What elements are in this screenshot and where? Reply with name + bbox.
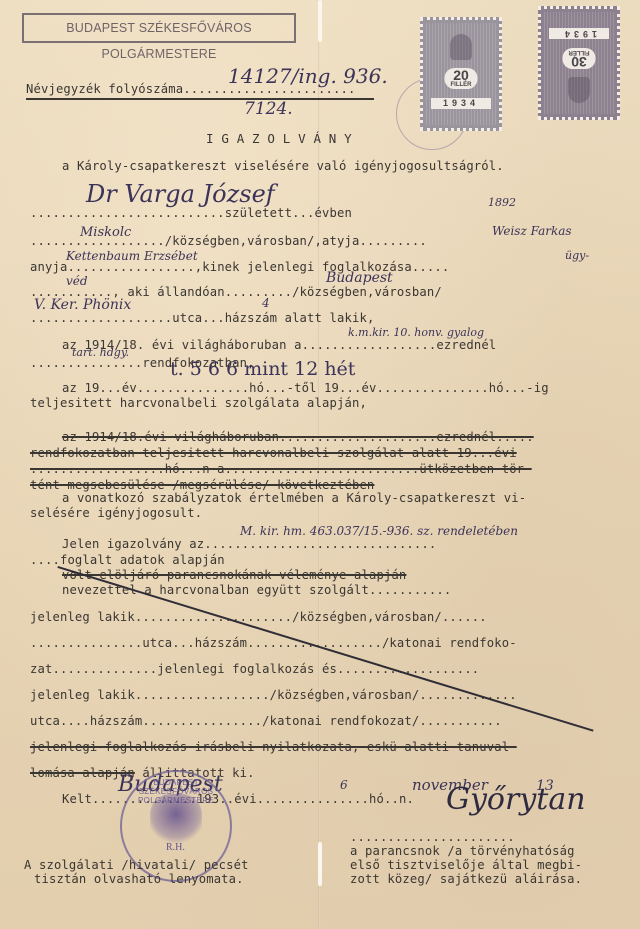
street-line-1: ...............utca...házszám...........…	[30, 636, 517, 650]
document-subtitle: a Károly-csapatkereszt viselésére való i…	[62, 159, 504, 173]
mother-name: Kettenbaum Erzsébet	[66, 249, 198, 263]
street-name: V. Ker. Phönix	[34, 297, 131, 313]
struck-line-3: ..................hó...n a..............…	[30, 462, 532, 476]
seal-caption-1: A szolgálati /hivatali/ pecsét	[24, 858, 249, 872]
service-note: t. 5 6 6 mint 12 hét	[170, 358, 355, 380]
street-line-2: utca....házszám................/katonai …	[30, 714, 502, 728]
struck-line-1: az 1914/18.évi világháboruban...........…	[62, 430, 534, 444]
house-number: 4	[262, 296, 270, 310]
basis-suffix: ....foglalt adatok alapján	[30, 553, 225, 567]
struck-statement-1: jelenlegi foglalkozás irásbeli nyilatkoz…	[30, 740, 517, 754]
fee-stamp-value: 20FILLÉR	[445, 68, 478, 89]
lives-line-1: jelenleg lakik...................../közs…	[30, 610, 487, 624]
entitlement-line-1: a vonatkozó szabályzatok értelmében a Ká…	[62, 491, 526, 505]
period-line: az 19...év...............hó...-től 19...…	[62, 381, 549, 395]
rank-value: tart. hdgy.	[72, 346, 129, 359]
regiment-name: k.m.kir. 10. honv. gyalog	[348, 326, 484, 339]
struck-line-4: tént megsebesülése /megsérülése/ követke…	[30, 478, 374, 492]
fee-stamp-20: 20FILLÉR 1934	[420, 17, 502, 131]
father-name: Weisz Farkas	[492, 224, 572, 238]
basis-line: Jelen igazolvány az.....................…	[62, 537, 436, 551]
coat-of-arms-icon	[150, 794, 202, 844]
fee-stamp-30: 30FILLÉR 1934	[538, 6, 620, 120]
service-basis: teljesitett harcvonalbeli szolgálata ala…	[30, 396, 367, 410]
date-line: Kelt..............193..évi..............…	[62, 792, 414, 806]
crest-icon	[568, 77, 590, 103]
registry-sub-number: 7124.	[244, 99, 293, 119]
fee-stamp-value: 30FILLÉR	[563, 48, 596, 69]
header-rubber-stamp: BUDAPEST SZÉKESFŐVÁROS POLGÁRMESTERE	[22, 13, 296, 43]
struck-superior: volt elöljáró parancsnokának véleménye a…	[62, 568, 406, 582]
signature-caption-3: zott közeg/ sajátkezü aláirása.	[350, 872, 582, 886]
fold-tear	[318, 842, 322, 886]
occupation-part-2: véd	[66, 274, 88, 288]
lives-line-2: jelenleg lakik................../községb…	[30, 688, 517, 702]
crest-icon	[450, 34, 472, 60]
signature-caption-1: a parancsnok /a törvényhatóság	[350, 844, 575, 858]
basis-decree: M. kir. hm. 463.037/15.-936. sz. rendele…	[240, 524, 518, 538]
residence-city: Budapest	[326, 270, 393, 286]
registry-number: 14127/ing. 936.	[228, 64, 388, 88]
fee-stamp-year: 1934	[549, 28, 609, 39]
date-year-digit: 6	[340, 778, 348, 792]
birth-year: 1892	[488, 196, 516, 209]
occupation-part-1: ügy-	[565, 249, 589, 262]
signature-dotted-line: ......................	[350, 830, 515, 844]
registry-underline	[26, 98, 374, 100]
fee-stamp-year: 1934	[431, 98, 491, 109]
birth-line: ..........................született...év…	[30, 206, 352, 220]
signature-caption-2: első tisztviselője által megbi-	[350, 858, 582, 872]
entitlement-line-2: selésére igényjogosult.	[30, 506, 202, 520]
birthplace-line: ................../községben,városban/,a…	[30, 234, 427, 248]
seal-mark: R.H.	[166, 842, 185, 853]
seal-caption-2: tisztán olvasható lenyomata.	[34, 872, 244, 886]
street-line: ...................utca...házszám alatt …	[30, 311, 374, 325]
signature: Győrytan	[446, 782, 586, 817]
fold-tear	[318, 0, 322, 42]
struck-line-2: rendfokozatban teljesitett harcvonalbeli…	[30, 446, 517, 460]
document-title: I G A Z O L V Á N Y	[206, 131, 352, 146]
holder-name: Dr Varga József	[86, 180, 275, 208]
